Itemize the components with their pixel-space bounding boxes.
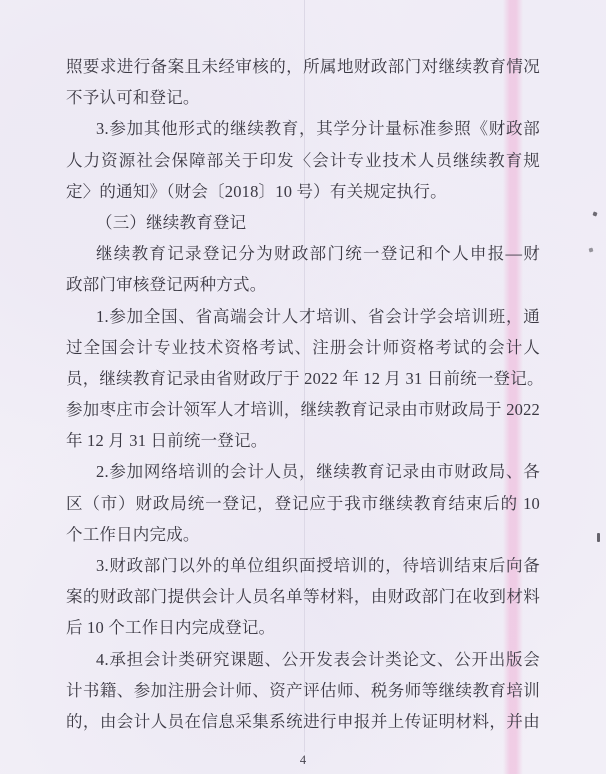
document-body-text: 照要求进行备案且未经审核的，所属地财政部门对继续教育情况 不予认可和登记。 3.… bbox=[66, 51, 540, 737]
text-line: 个工作日内完成。 bbox=[66, 519, 540, 550]
text-line: 2.参加网络培训的会计人员，继续教育记录由市财政局、各 bbox=[66, 456, 540, 487]
text-line: 政部门审核登记两种方式。 bbox=[66, 269, 540, 300]
text-line: 区（市）财政局统一登记，登记应于我市继续教育结束后的 10 bbox=[66, 488, 540, 519]
text-line-section-heading: （三）继续教育登记 bbox=[66, 207, 540, 238]
page-number: 4 bbox=[0, 753, 606, 768]
ink-speckle bbox=[592, 211, 597, 216]
text-line: 照要求进行备案且未经审核的，所属地财政部门对继续教育情况 bbox=[66, 51, 540, 82]
text-line: 参加枣庄市会计领军人才培训，继续教育记录由市财政局于 2022 bbox=[66, 394, 540, 425]
ink-speckle bbox=[597, 533, 600, 542]
text-line: 不予认可和登记。 bbox=[66, 82, 540, 113]
text-line: 继续教育记录登记分为财政部门统一登记和个人申报—财 bbox=[66, 238, 540, 269]
text-line: 4.承担会计类研究课题、公开发表会计类论文、公开出版会 bbox=[66, 644, 540, 675]
text-line: 案的财政部门提供会计人员名单等材料，由财政部门在收到材料 bbox=[66, 581, 540, 612]
text-line: 定〉的通知》（财会〔2018〕10 号）有关规定执行。 bbox=[66, 176, 540, 207]
text-line: 人力资源社会保障部关于印发〈会计专业技术人员继续教育规 bbox=[66, 145, 540, 176]
text-line: 1.参加全国、省高端会计人才培训、省会计学会培训班，通 bbox=[66, 301, 540, 332]
text-line: 后 10 个工作日内完成登记。 bbox=[66, 612, 540, 643]
text-line: 员，继续教育记录由省财政厅于 2022 年 12 月 31 日前统一登记。 bbox=[66, 363, 540, 394]
text-line: 计书籍、参加注册会计师、资产评估师、税务师等继续教育培训 bbox=[66, 675, 540, 706]
text-line: 的，由会计人员在信息采集系统进行申报并上传证明材料，并由 bbox=[66, 706, 540, 737]
text-line: 3.财政部门以外的单位组织面授培训的，待培训结束后向备 bbox=[66, 550, 540, 581]
text-line: 3.参加其他形式的继续教育，其学分计量标准参照《财政部 bbox=[66, 113, 540, 144]
text-line: 年 12 月 31 日前统一登记。 bbox=[66, 425, 540, 456]
text-line: 过全国会计专业技术资格考试、注册会计师资格考试的会计人 bbox=[66, 332, 540, 363]
ink-speckle bbox=[589, 248, 594, 253]
scanned-document-page: { "meta": { "type": "scanned-document-pa… bbox=[0, 0, 606, 774]
